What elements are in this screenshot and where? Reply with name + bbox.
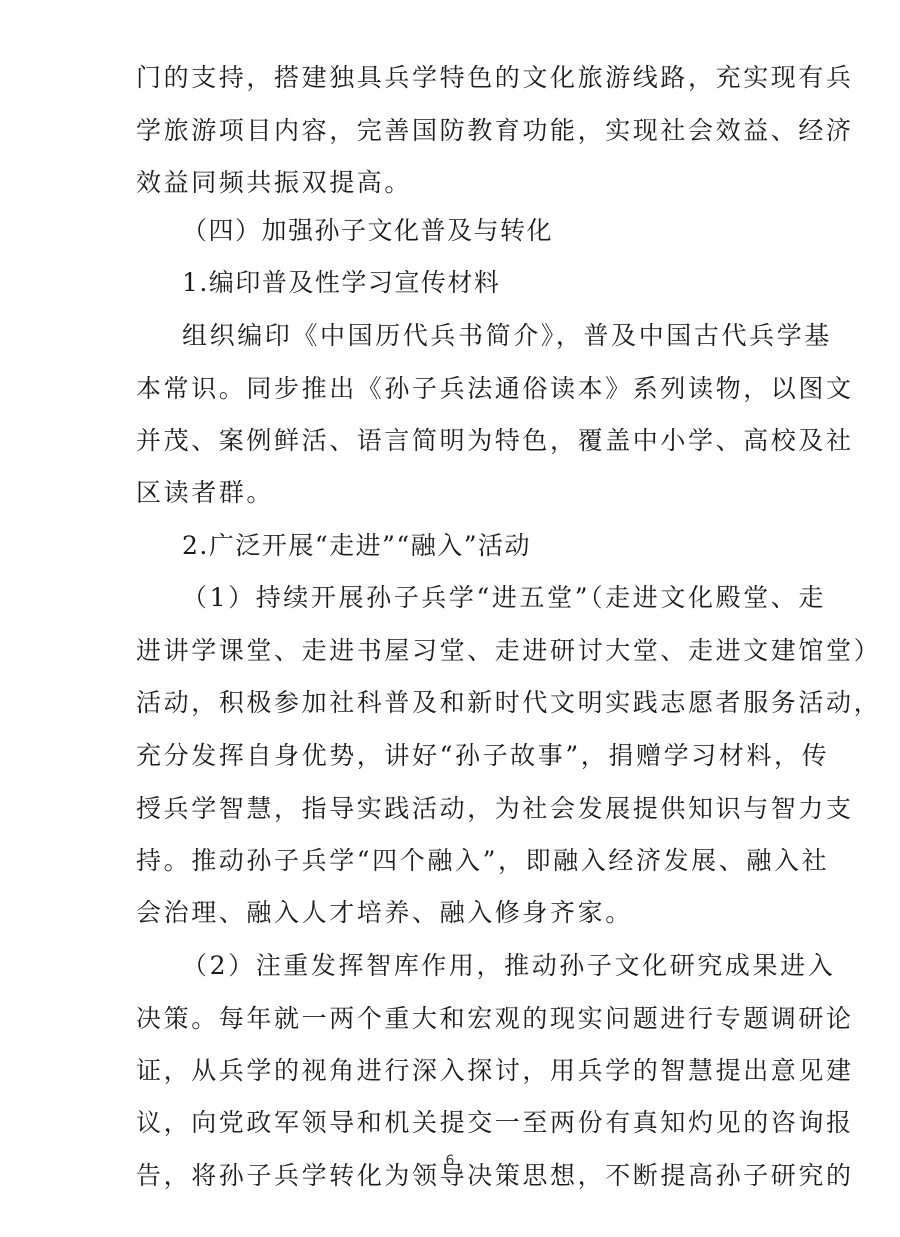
text-line: （1）持续开展孙子兵学“进五堂”（走进文化殿堂、走 [182, 583, 776, 613]
section-heading: 2.广泛开展“走进”“融入”活动 [182, 531, 776, 561]
text-line: 门的支持，搭建独具兵学特色的文化旅游线路，充实现有兵 [136, 63, 776, 93]
text-line: 本常识。同步推出《孙子兵法通俗读本》系列读物，以图文 [136, 374, 776, 404]
text-line: 持。推动孙子兵学“四个融入”，即融入经济发展、融入社 [136, 846, 776, 876]
text-line: 议，向党政军领导和机关提交一至两份有真知灼见的咨询报 [136, 1108, 776, 1138]
text-line: （2）注重发挥智库作用，推动孙子文化研究成果进入 [182, 951, 776, 981]
text-line: 效益同频共振双提高。 [136, 168, 776, 198]
text-line: 充分发挥自身优势，讲好“孙子故事”，捐赠学习材料，传 [136, 741, 776, 771]
text-line: 学旅游项目内容，完善国防教育功能，实现社会效益、经济 [136, 116, 776, 146]
text-line: 区读者群。 [136, 478, 776, 508]
text-line: 组织编印《中国历代兵书简介》，普及中国古代兵学基 [182, 321, 776, 351]
section-heading: 1.编印普及性学习宣传材料 [182, 268, 776, 298]
text-line: 活动，积极参加社科普及和新时代文明实践志愿者服务活动， [136, 688, 776, 718]
text-line: 证，从兵学的视角进行深入探讨，用兵学的智慧提出意见建 [136, 1056, 776, 1086]
page-number: 6 [0, 1153, 900, 1169]
section-heading: （四）加强孙子文化普及与转化 [182, 216, 776, 246]
document-page: 门的支持，搭建独具兵学特色的文化旅游线路，充实现有兵学旅游项目内容，完善国防教育… [0, 0, 900, 1237]
text-line: 授兵学智慧，指导实践活动，为社会发展提供知识与智力支 [136, 794, 776, 824]
text-line: 并茂、案例鲜活、语言简明为特色，覆盖中小学、高校及社 [136, 426, 776, 456]
text-line: 进讲学课堂、走进书屋习堂、走进研讨大堂、走进文建馆堂） [136, 636, 776, 666]
text-line: 决策。每年就一两个重大和宏观的现实问题进行专题调研论 [136, 1004, 776, 1034]
text-line: 会治理、融入人才培养、融入修身齐家。 [136, 898, 776, 928]
